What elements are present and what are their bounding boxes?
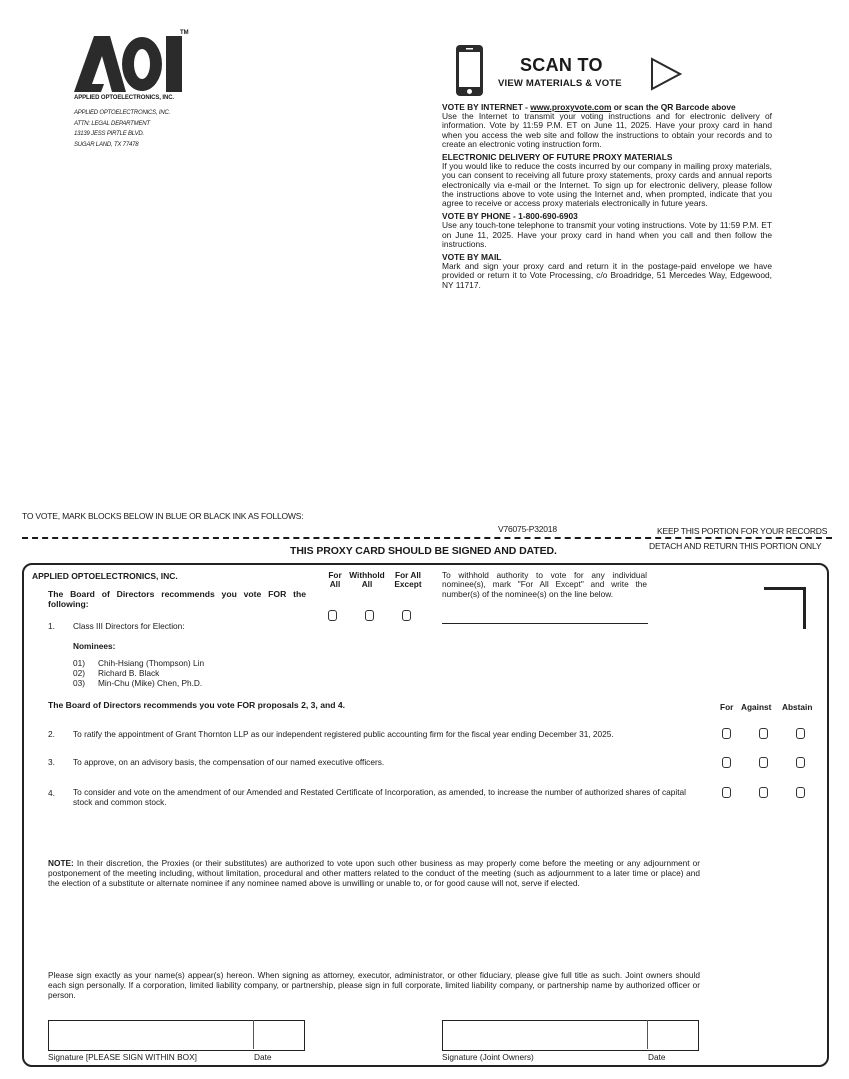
checkbox-proposal-2-for[interactable]: [722, 728, 731, 739]
proposal-3-text: To approve, on an advisory basis, the co…: [73, 757, 713, 767]
sign-instructions: Please sign exactly as your name(s) appe…: [48, 970, 700, 1001]
date-divider: [253, 1020, 254, 1049]
checkbox-proposal-3-for[interactable]: [722, 757, 731, 768]
checkbox-proposal-4-abstain[interactable]: [796, 787, 805, 798]
column-label: All: [326, 580, 344, 589]
signature-box[interactable]: [48, 1020, 305, 1051]
joint-signature-box[interactable]: [442, 1020, 699, 1051]
return-address: APPLIED OPTOELECTRONICS, INC. ATTN: LEGA…: [74, 108, 170, 150]
proposal-4-text: To consider and vote on the amendment of…: [73, 788, 703, 807]
nominee-name: Min-Chu (Mike) Chen, Ph.D.: [98, 679, 202, 688]
checkbox-proposal-3-against[interactable]: [759, 757, 768, 768]
trademark-symbol: TM: [180, 30, 189, 36]
checkbox-for-all-except[interactable]: [402, 610, 411, 621]
address-line: 13139 JESS PIRTLE BLVD.: [74, 129, 170, 140]
address-line: APPLIED OPTOELECTRONICS, INC.: [74, 108, 170, 119]
checkbox-proposal-2-against[interactable]: [759, 728, 768, 739]
nominee-exception-line[interactable]: [442, 623, 648, 624]
vote-phone-body: Use any touch-tone telephone to transmit…: [442, 221, 772, 249]
nominee-name: Chih-Hsiang (Thompson) Lin: [98, 659, 204, 668]
checkbox-withhold-all[interactable]: [365, 610, 374, 621]
item-number: 1.: [48, 621, 55, 631]
joint-signature-label: Signature (Joint Owners): [442, 1052, 534, 1062]
proposal-number: 4.: [48, 788, 55, 798]
note-label: NOTE:: [48, 858, 74, 868]
withhold-instruction: To withhold authority to vote for any in…: [442, 571, 647, 599]
address-line: ATTN: LEGAL DEPARTMENT: [74, 119, 170, 130]
vote-mail-body: Mark and sign your proxy card and return…: [442, 262, 772, 290]
checkbox-proposal-3-abstain[interactable]: [796, 757, 805, 768]
smartphone-icon: [455, 44, 484, 97]
card-company-name: APPLIED OPTOELECTRONICS, INC.: [32, 571, 178, 581]
column-against: Against: [741, 702, 771, 712]
keep-portion-text: KEEP THIS PORTION FOR YOUR RECORDS: [657, 526, 827, 536]
corner-mark: [803, 587, 806, 629]
nominee-number: 01): [73, 659, 85, 668]
play-triangle-icon: [650, 57, 682, 91]
scan-title: SCAN TO: [520, 56, 603, 74]
detach-portion-text: DETACH AND RETURN THIS PORTION ONLY: [649, 541, 821, 551]
corner-mark: [764, 587, 806, 590]
nominee-name: Richard B. Black: [98, 669, 159, 678]
nominees-heading: Nominees:: [73, 641, 115, 651]
proposal-2-text: To ratify the appointment of Grant Thorn…: [73, 729, 713, 739]
control-number: V76075-P32018: [498, 524, 557, 534]
column-withhold-all: Withhold All: [345, 571, 389, 589]
nominee-number: 03): [73, 679, 85, 688]
column-label: All: [345, 580, 389, 589]
column-for-all: For All: [326, 571, 344, 589]
checkbox-for-all[interactable]: [328, 610, 337, 621]
electronic-delivery-body: If you would like to reduce the costs in…: [442, 162, 772, 208]
signed-notice: THIS PROXY CARD SHOULD BE SIGNED AND DAT…: [290, 545, 557, 557]
column-abstain: Abstain: [782, 702, 812, 712]
signature-label: Signature [PLEASE SIGN WITHIN BOX]: [48, 1052, 197, 1062]
board-recommendation-1: The Board of Directors recommends you vo…: [48, 589, 306, 609]
voting-instructions: VOTE BY INTERNET - www.proxyvote.com or …: [442, 103, 772, 294]
date-label: Date: [254, 1052, 272, 1062]
checkbox-proposal-4-against[interactable]: [759, 787, 768, 798]
scan-subtitle: VIEW MATERIALS & VOTE: [498, 78, 622, 89]
date-divider: [647, 1020, 648, 1049]
logo-caption: APPLIED OPTOELECTRONICS, INC.: [74, 95, 174, 101]
proposal-number: 2.: [48, 729, 55, 739]
address-line: SUGAR LAND, TX 77478: [74, 140, 170, 151]
aoi-logo: [74, 36, 186, 92]
column-for-all-except: For All Except: [390, 571, 426, 589]
checkbox-proposal-2-abstain[interactable]: [796, 728, 805, 739]
column-for: For: [720, 702, 733, 712]
discretion-note: NOTE: In their discretion, the Proxies (…: [48, 858, 700, 888]
detach-dashed-line: [22, 537, 832, 539]
item-1-text: Class III Directors for Election:: [73, 621, 185, 631]
vote-internet-body: Use the Internet to transmit your voting…: [442, 112, 772, 149]
mark-instruction: TO VOTE, MARK BLOCKS BELOW IN BLUE OR BL…: [22, 511, 303, 521]
checkbox-proposal-4-for[interactable]: [722, 787, 731, 798]
joint-date-label: Date: [648, 1052, 666, 1062]
proposal-number: 3.: [48, 757, 55, 767]
board-recommendation-2: The Board of Directors recommends you vo…: [48, 700, 345, 710]
column-label: Except: [390, 580, 426, 589]
note-text: In their discretion, the Proxies (or the…: [48, 858, 700, 888]
nominee-number: 02): [73, 669, 85, 678]
